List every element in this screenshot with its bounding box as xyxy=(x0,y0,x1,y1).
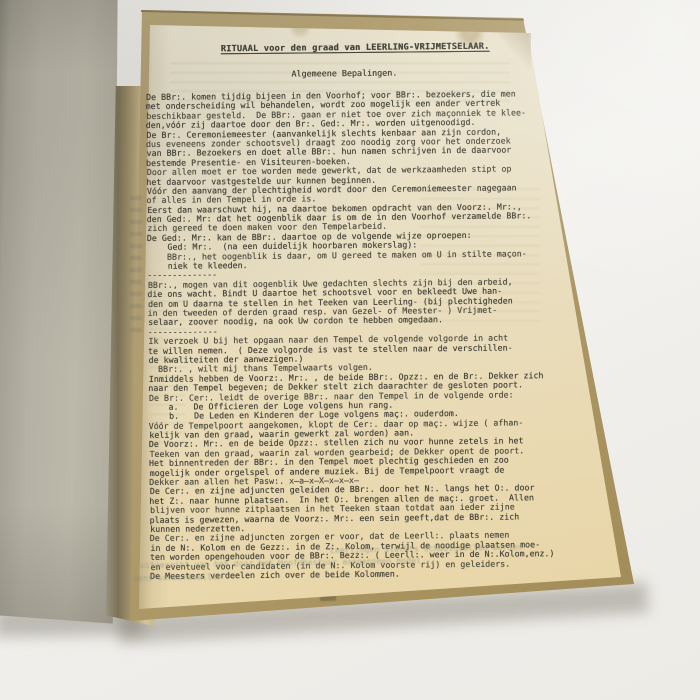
margin-bleed-marks xyxy=(130,196,142,336)
photograph-of-typed-document: RITUAAL voor den graad van LEERLING-VRIJ… xyxy=(0,0,700,700)
section-heading: Algemeene Bepalingen. xyxy=(145,66,543,80)
bleed-through-line: eens schootsvellen xyxy=(133,571,222,583)
back-cover-shading xyxy=(0,0,120,628)
body-lines: De BBr:. komen tijdig bijeen in den Voor… xyxy=(145,89,548,581)
document-title: RITUAAL voor den graad van LEERLING-VRIJ… xyxy=(145,40,543,58)
typed-text-block: RITUAAL voor den graad van LEERLING-VRIJ… xyxy=(145,40,548,581)
